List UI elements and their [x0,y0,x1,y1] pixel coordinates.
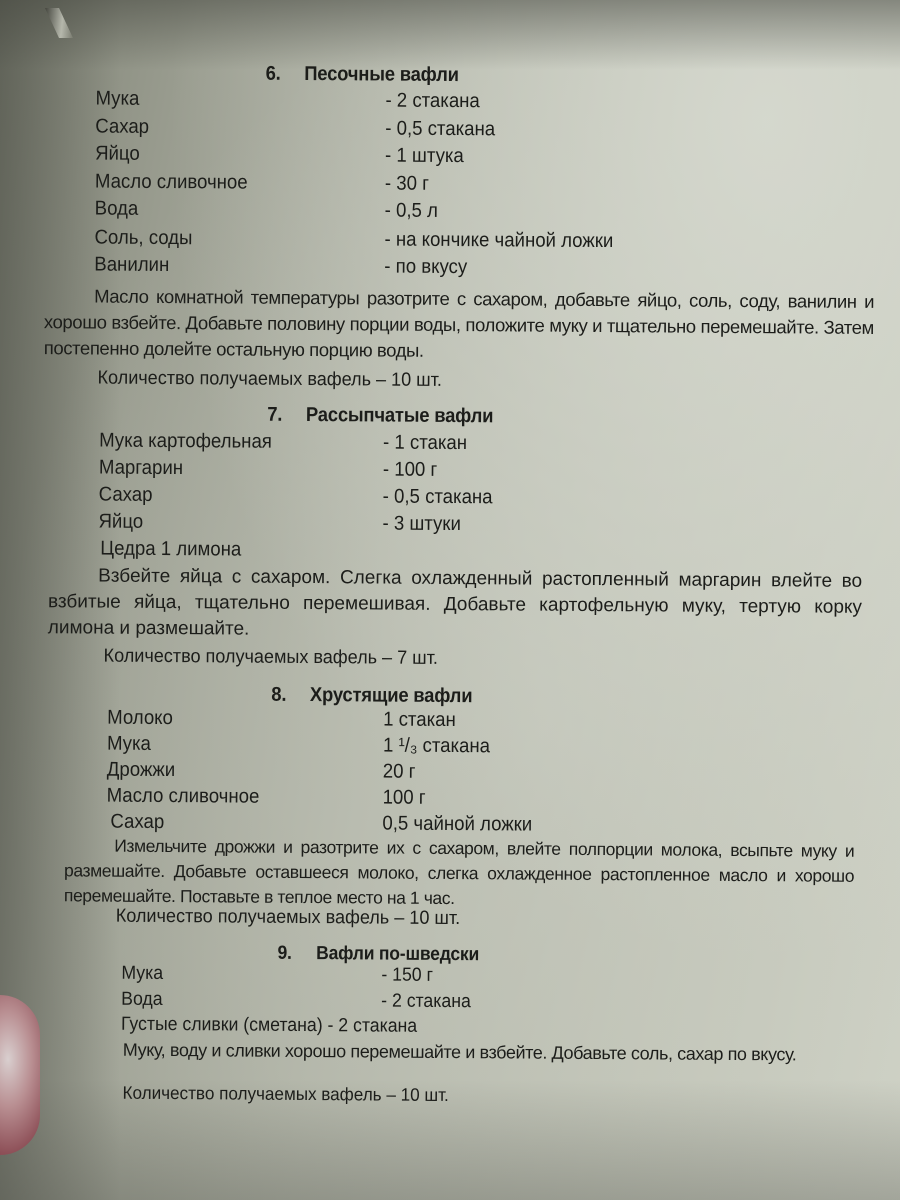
recipe-yield: Количество получаемых вафель – 7 шт. [104,646,439,670]
recipe-yield: Количество получаемых вафель – 10 шт. [122,1083,448,1106]
recipe-number: 7. [267,404,306,427]
recipe-name: Песочные вафли [304,63,459,86]
ingredient-name: Сахар [110,809,164,836]
recipe-yield: Количество получаемых вафель – 10 шт. [116,906,461,930]
recipe-title: 6.Песочные вафли [266,63,459,87]
ingredient-amount: - 2 стакана [385,88,480,116]
recipe-title: 8.Хрустящие вафли [271,684,472,708]
ingredient-name: Мука [121,960,163,987]
recipe-instructions: Масло комнатной температуры разотрите с … [44,283,875,367]
ingredient-amount: - 0,5 стакана [383,484,493,512]
ingredient-name: Соль, соды [94,225,192,253]
ingredient-amount: - 3 штуки [382,511,461,539]
ingredient-amount: - 2 стакана [381,988,471,1016]
recipe-page: 6.Песочные вафли Мука- 2 стакана Сахар- … [0,0,900,1200]
finger-in-frame [0,995,40,1155]
ingredient-amount: 1 ¹/₃ стакана [383,733,490,761]
ingredient-name: Яйцо [95,141,140,168]
ingredient-amount: 0,5 чайной ложки [382,811,532,839]
ingredient-name: Ванилин [94,252,169,280]
ingredient-amount: 20 г [383,759,416,786]
recipe-instructions: Муку, воду и сливки хорошо перемешайте и… [73,1037,853,1067]
ingredient-name: Дрожжи [107,757,176,784]
ingredient-amount: - 0,5 л [385,198,438,225]
ingredient-name: Масло сливочное [95,169,248,197]
recipe-number: 6. [266,63,305,86]
ingredient-name: Густые сливки (сметана) - 2 стакана [121,1011,417,1040]
ingredient-amount: - 1 стакан [383,430,467,458]
recipe-yield: Количество получаемых вафель – 10 шт. [97,368,442,392]
ingredient-amount: 100 г [383,785,426,812]
ingredient-amount: - 100 г [383,457,438,484]
ingredient-amount: - по вкусу [384,254,467,282]
recipe-name: Хрустящие вафли [310,684,473,707]
ingredient-name: Сахар [95,114,149,141]
recipe-number: 8. [271,684,310,707]
ingredient-name: Цедра 1 лимона [100,536,241,564]
ingredient-amount: - на кончике чайной ложки [384,227,613,256]
ingredient-amount: - 150 г [381,962,433,989]
recipe-number: 9. [277,943,316,965]
ingredient-amount: - 1 штука [385,143,464,171]
ingredient-name: Вода [121,986,163,1013]
recipe-title: 7.Рассыпчатые вафли [267,404,493,429]
recipe-instructions: Взбейте яйца с сахаром. Слегка охлажденн… [48,563,863,647]
ingredient-name: Яйцо [98,509,143,536]
ingredient-name: Сахар [99,482,153,509]
recipe-title: 9.Вафли по-шведски [277,943,479,966]
ingredient-amount: - 30 г [385,171,429,198]
recipe-instructions: Измельчите дрожжи и разотрите их с сахар… [64,833,855,914]
ingredient-name: Масло сливочное [107,783,260,811]
ingredient-amount: - 0,5 стакана [385,116,495,144]
ingredient-amount: 1 стакан [383,707,456,735]
ingredient-name: Молоко [107,705,173,732]
ingredient-name: Мука картофельная [99,428,272,456]
recipe-name: Рассыпчатые вафли [306,404,494,427]
ingredient-name: Вода [95,196,139,223]
ingredient-name: Мука [95,86,139,113]
ingredient-name: Маргарин [99,455,183,483]
ingredient-name: Мука [107,731,151,758]
